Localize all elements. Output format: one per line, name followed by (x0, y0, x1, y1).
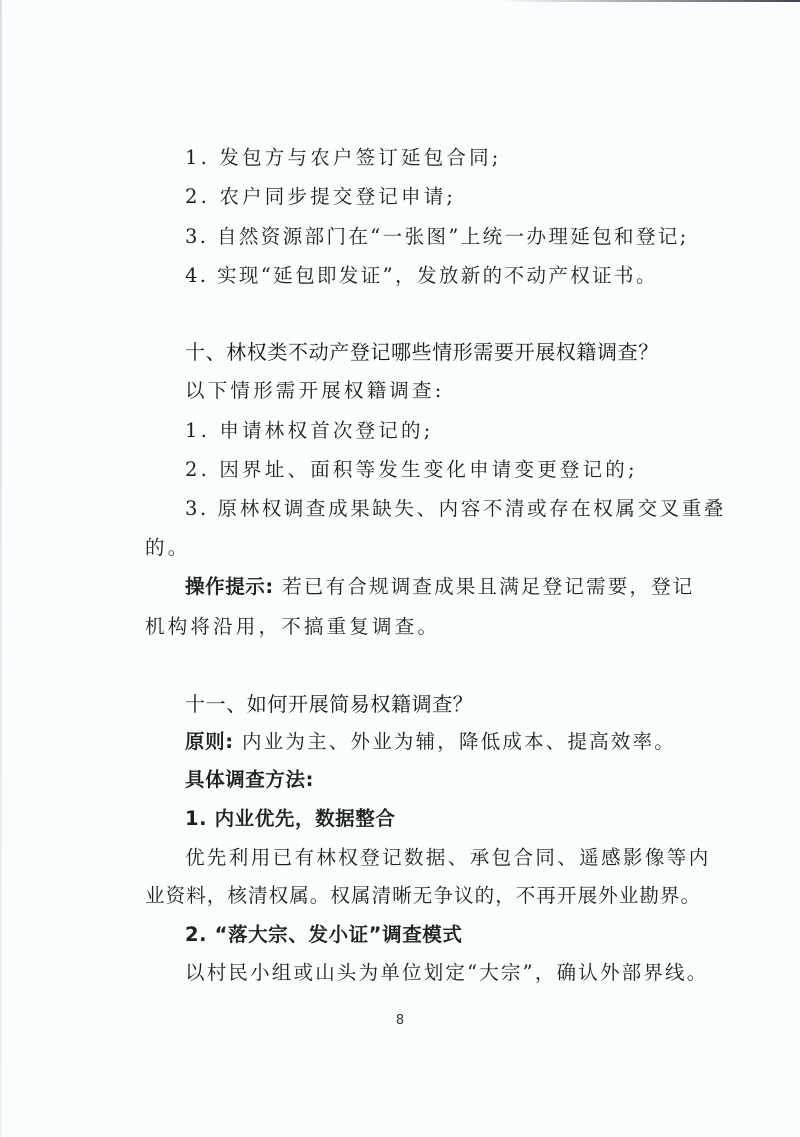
tip-paragraph: 操作提示: 若已有合规调查成果且满足登记需要，登记 (185, 574, 660, 600)
tip-paragraph-continuation: 机构将沿用，不搞重复调查。 (145, 614, 660, 640)
method-title: 2. “落大宗、发小证”调查模式 (185, 922, 660, 948)
list-item: 1. 申请林权首次登记的; (185, 418, 660, 444)
list-item: 2. 农户同步提交登记申请; (185, 184, 660, 210)
principle-paragraph: 原则: 内业为主、外业为辅，降低成本、提高效率。 (185, 729, 660, 755)
subheading: 具体调查方法: (185, 767, 660, 793)
paragraph: 以下情形需开展权籍调查: (185, 378, 660, 404)
scan-edge (0, 0, 2, 1137)
list-item: 3. 自然资源部门在“一张图”上统一办理延包和登记; (185, 224, 660, 250)
scan-edge (500, 0, 800, 2)
paragraph: 优先利用已有林权登记数据、承包合同、遥感影像等内 (185, 845, 660, 871)
tip-label: 操作提示: (185, 575, 274, 598)
list-item: 1. 发包方与农户签订延包合同; (185, 145, 660, 171)
section-heading: 十一、如何开展简易权籍调查？ (185, 691, 660, 717)
list-item: 2. 因界址、面积等发生变化申请变更登记的; (185, 457, 660, 483)
principle-label: 原则: (185, 730, 234, 753)
paragraph: 以村民小组或山头为单位划定“大宗”，确认外部界线。 (185, 960, 660, 986)
tip-text: 若已有合规调查成果且满足登记需要，登记 (274, 575, 695, 598)
list-item-continuation: 的。 (145, 535, 660, 561)
list-item: 3. 原林权调查成果缺失、内容不清或存在权属交叉重叠 (185, 496, 660, 522)
page-number: 8 (390, 1013, 410, 1028)
paragraph-continuation: 业资料，核清权属。权属清晰无争议的，不再开展外业勘界。 (145, 883, 660, 909)
principle-text: 内业为主、外业为辅，降低成本、提高效率。 (234, 730, 676, 753)
list-item: 4. 实现“延包即发证”，发放新的不动产权证书。 (185, 263, 660, 289)
section-heading: 十、林权类不动产登记哪些情形需要开展权籍调查？ (185, 339, 660, 365)
method-title: 1. 内业优先，数据整合 (185, 806, 660, 832)
